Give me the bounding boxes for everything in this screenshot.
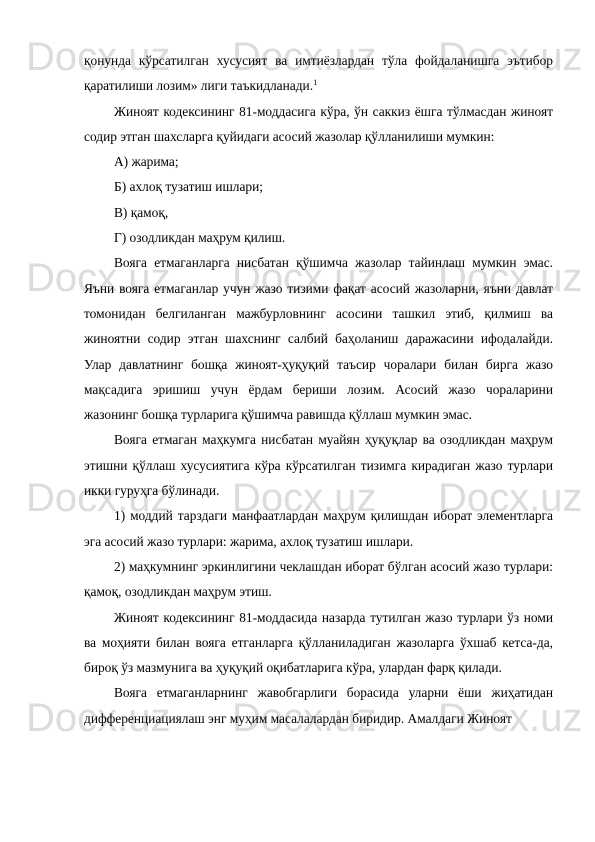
list-item-imprisonment: Г) озодликдан маҳрум қилиш. bbox=[84, 225, 553, 250]
footnote-reference[interactable]: 1 bbox=[313, 77, 317, 87]
paragraph-penalty-groups: Вояга етмаган маҳкумга нисбатан муайян ҳ… bbox=[84, 427, 553, 503]
paragraph-additional-penalties: Вояга етмаганларга нисбатан қўшимча жазо… bbox=[84, 250, 553, 427]
document-page: Docx.uz Docx.uz Docx.uz Docx.uz Docx.uz … bbox=[0, 0, 595, 842]
paragraph-group-1: 1) моддий тарздаги манфаатлардан маҳрум … bbox=[84, 503, 553, 554]
paragraph-continuation: қонунда кўрсатилган хусусият ва имтиёзла… bbox=[84, 48, 553, 99]
paragraph-comparison: Жиноят кодексининг 81-моддасида назарда … bbox=[84, 605, 553, 681]
paragraph-group-2: 2) маҳкумнинг эркинлигини чеклашдан ибор… bbox=[84, 554, 553, 605]
paragraph-text: қонунда кўрсатилган хусусият ва имтиёзла… bbox=[84, 53, 553, 93]
list-item-correctional-work: Б) ахлоқ тузатиш ишлари; bbox=[84, 174, 553, 199]
paragraph-age-differentiation: Вояга етмаганларнинг жавобгарлиги бораси… bbox=[84, 680, 553, 731]
paragraph-article-81: Жиноят кодексининг 81-моддасига кўра, ўн… bbox=[84, 99, 553, 150]
list-item-fine: А) жарима; bbox=[84, 149, 553, 174]
list-item-arrest: В) қамоқ, bbox=[84, 200, 553, 225]
document-body: қонунда кўрсатилган хусусият ва имтиёзла… bbox=[84, 48, 553, 731]
